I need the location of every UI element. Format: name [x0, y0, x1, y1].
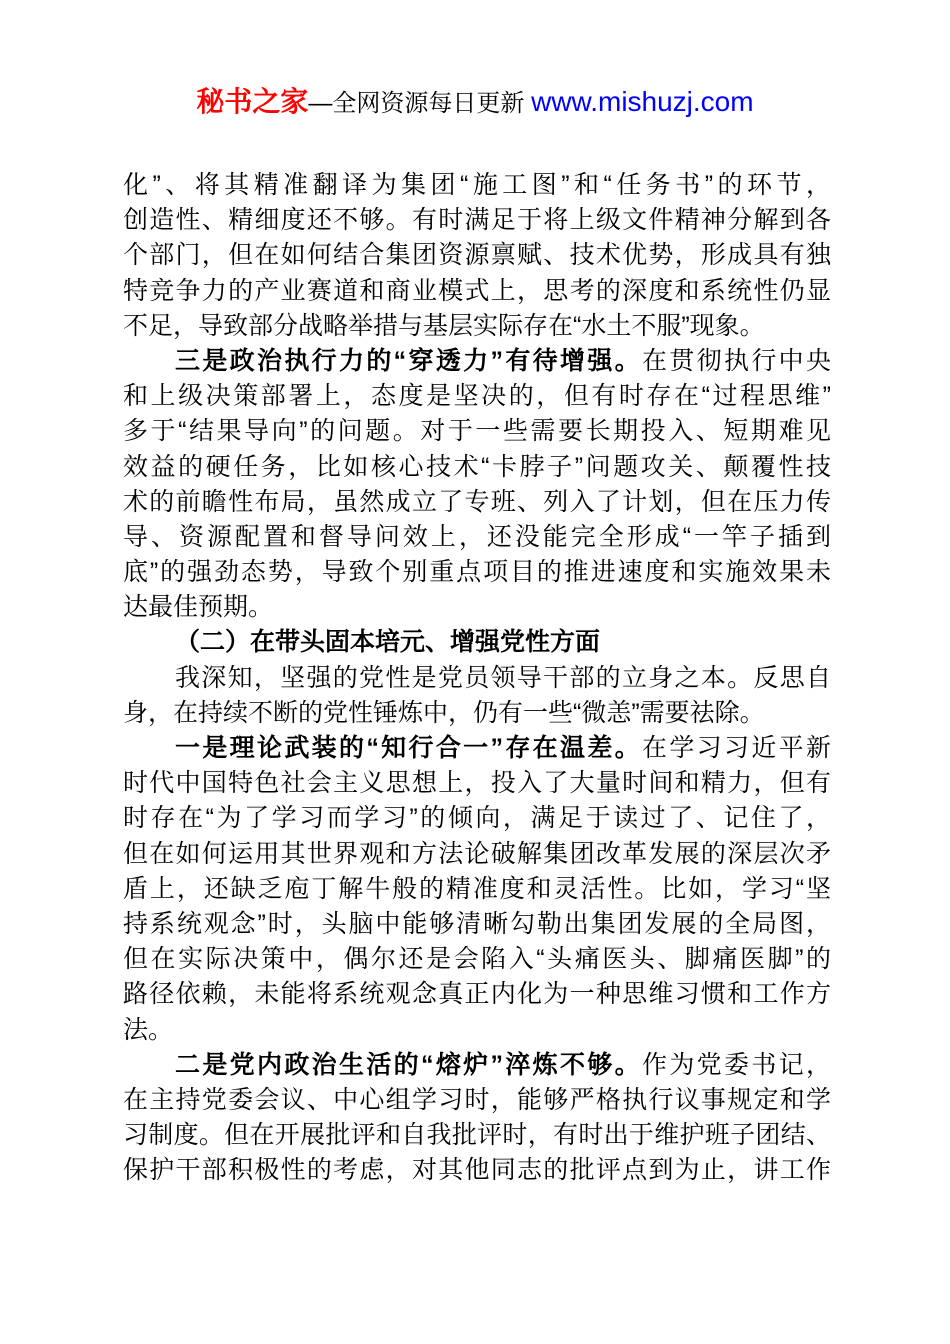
document-line: 法。 — [123, 1013, 831, 1048]
document-line: 不足，导致部分战略举措与基层实际存在“水土不服”现象。 — [123, 309, 831, 344]
document-line-text: 术的前瞻性布局，虽然成立了专班、列入了计划，但在压力传 — [123, 488, 831, 516]
document-line-text: 身，在持续不断的党性锤炼中，仍有一些“微恙”需要祛除。 — [123, 699, 765, 727]
document-line: 但在实际决策中，偶尔还是会陷入“头痛医头、脚痛医脚”的 — [123, 942, 831, 977]
document-line-bold-text: 三是政治执行力的“穿透力”有待增强。 — [175, 347, 642, 375]
document-line-bold-text: （二）在带头固本培元、增强党性方面 — [175, 628, 600, 656]
document-line-text: 效益的硬任务，比如核心技术“卡脖子”问题攻关、颠覆性技 — [123, 453, 831, 481]
document-line: 保护干部积极性的考虑，对其他同志的批评点到为止，讲工作 — [123, 1153, 831, 1188]
document-line: 持系统观念”时，头脑中能够清晰勾勒出集团发展的全局图， — [123, 907, 831, 942]
document-line: 特竞争力的产业赛道和商业模式上，思考的深度和系统性仍显 — [123, 274, 831, 309]
document-line: 但在如何运用其世界观和方法论破解集团改革发展的深层次矛 — [123, 837, 831, 872]
document-line: （二）在带头固本培元、增强党性方面 — [123, 625, 831, 660]
document-line-text: 不足，导致部分战略举措与基层实际存在“水土不服”现象。 — [123, 312, 765, 340]
document-line: 达最佳预期。 — [123, 590, 831, 625]
header-tagline: —全网资源每日更新 — [308, 90, 531, 117]
document-line: 路径依赖，未能将系统观念真正内化为一种思维习惯和工作方 — [123, 977, 831, 1012]
document-line-text: 保护干部积极性的考虑，对其他同志的批评点到为止，讲工作 — [123, 1156, 831, 1184]
document-body: 化”、将其精准翻译为集团“施工图”和“任务书”的环节，创造性、精细度还不够。有时… — [123, 168, 831, 1188]
document-line: 时存在“为了学习而学习”的倾向，满足于读过了、记住了， — [123, 801, 831, 836]
document-line: 化”、将其精准翻译为集团“施工图”和“任务书”的环节， — [123, 168, 831, 203]
document-line-text: 化”、将其精准翻译为集团“施工图”和“任务书”的环节， — [123, 171, 831, 199]
page-header: 秘书之家—全网资源每日更新 www.mishuzj.com — [0, 84, 950, 125]
document-line-text: 时存在“为了学习而学习”的倾向，满足于读过了、记住了， — [123, 804, 831, 832]
document-line: 个部门，但在如何结合集团资源禀赋、技术优势，形成具有独 — [123, 238, 831, 273]
document-line: 习制度。但在开展批评和自我批评时，有时出于维护班子团结、 — [123, 1118, 831, 1153]
document-line-text: 但在实际决策中，偶尔还是会陷入“头痛医头、脚痛医脚”的 — [123, 945, 831, 973]
document-line-text: 持系统观念”时，头脑中能够清晰勾勒出集团发展的全局图， — [123, 910, 831, 938]
document-line: 盾上，还缺乏庖丁解牛般的精准度和灵活性。比如，学习“坚 — [123, 872, 831, 907]
document-line: 时代中国特色社会主义思想上，投入了大量时间和精力，但有 — [123, 766, 831, 801]
document-line-text: 在学习习近平新 — [642, 734, 831, 762]
document-line: 我深知，坚强的党性是党员领导干部的立身之本。反思自 — [123, 661, 831, 696]
document-line-text: 路径依赖，未能将系统观念真正内化为一种思维习惯和工作方 — [123, 980, 831, 1008]
document-line: 二是党内政治生活的“熔炉”淬炼不够。作为党委书记， — [123, 1048, 831, 1083]
document-line-text: 在贯彻执行中央 — [642, 347, 831, 375]
document-line: 底”的强劲态势，导致个别重点项目的推进速度和实施效果未 — [123, 555, 831, 590]
document-line: 效益的硬任务，比如核心技术“卡脖子”问题攻关、颠覆性技 — [123, 450, 831, 485]
document-line-text: 法。 — [123, 1016, 173, 1044]
document-line: 导、资源配置和督导问效上，还没能完全形成“一竿子插到 — [123, 520, 831, 555]
document-line-text: 在主持党委会议、中心组学习时，能够严格执行议事规定和学 — [123, 1086, 831, 1114]
document-line: 身，在持续不断的党性锤炼中，仍有一些“微恙”需要祛除。 — [123, 696, 831, 731]
document-line-text: 个部门，但在如何结合集团资源禀赋、技术优势，形成具有独 — [123, 241, 831, 269]
document-line-text: 特竞争力的产业赛道和商业模式上，思考的深度和系统性仍显 — [123, 277, 831, 305]
document-line: 三是政治执行力的“穿透力”有待增强。在贯彻执行中央 — [123, 344, 831, 379]
document-line-text: 但在如何运用其世界观和方法论破解集团改革发展的深层次矛 — [123, 840, 831, 868]
document-line: 术的前瞻性布局，虽然成立了专班、列入了计划，但在压力传 — [123, 485, 831, 520]
document-line-text: 多于“结果导向”的问题。对于一些需要长期投入、短期难见 — [123, 417, 831, 445]
site-name: 秘书之家 — [196, 86, 308, 117]
document-line-text: 习制度。但在开展批评和自我批评时，有时出于维护班子团结、 — [123, 1121, 831, 1149]
document-line-text: 达最佳预期。 — [123, 593, 273, 621]
document-line-bold-text: 一是理论武装的“知行合一”存在温差。 — [175, 734, 642, 762]
document-line-text: 导、资源配置和督导问效上，还没能完全形成“一竿子插到 — [123, 523, 831, 551]
document-line-text: 作为党委书记， — [642, 1051, 831, 1079]
document-line-bold-text: 二是党内政治生活的“熔炉”淬炼不够。 — [175, 1051, 642, 1079]
document-line-text: 时代中国特色社会主义思想上，投入了大量时间和精力，但有 — [123, 769, 831, 797]
document-line: 一是理论武装的“知行合一”存在温差。在学习习近平新 — [123, 731, 831, 766]
document-line: 多于“结果导向”的问题。对于一些需要长期投入、短期难见 — [123, 414, 831, 449]
document-line: 在主持党委会议、中心组学习时，能够严格执行议事规定和学 — [123, 1083, 831, 1118]
document-line-text: 底”的强劲态势，导致个别重点项目的推进速度和实施效果未 — [123, 558, 831, 586]
document-line-text: 盾上，还缺乏庖丁解牛般的精准度和灵活性。比如，学习“坚 — [123, 875, 831, 903]
page: 秘书之家—全网资源每日更新 www.mishuzj.com 化”、将其精准翻译为… — [0, 0, 950, 1344]
document-line-text: 和上级决策部署上，态度是坚决的，但有时存在“过程思维” — [123, 382, 831, 410]
document-line-text: 创造性、精细度还不够。有时满足于将上级文件精神分解到各 — [123, 206, 831, 234]
document-line-text: 我深知，坚强的党性是党员领导干部的立身之本。反思自 — [175, 664, 831, 692]
document-line: 和上级决策部署上，态度是坚决的，但有时存在“过程思维” — [123, 379, 831, 414]
document-line: 创造性、精细度还不够。有时满足于将上级文件精神分解到各 — [123, 203, 831, 238]
site-url-link[interactable]: www.mishuzj.com — [531, 86, 753, 117]
